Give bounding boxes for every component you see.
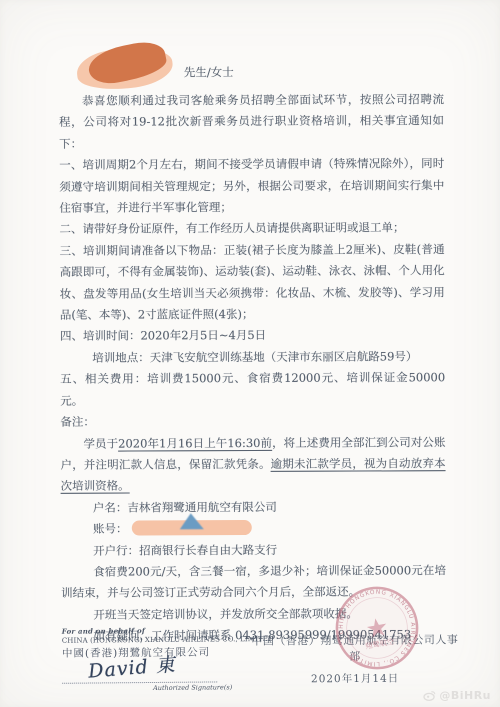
handwritten-signature: David 東 [87, 650, 176, 684]
signature-caption: Authorized Signature(s) [62, 683, 242, 693]
document-content: 先生/女士 恭喜您顺利通过我司客舱乘务员招聘全部面试环节，按照公司招聘流程，公司… [59, 43, 447, 647]
paragraph-item-1: 一、培训周期2个月左右，期间不接受学员请假申请（特殊情况除外），同时须遵守培训期… [59, 153, 444, 219]
paragraph-fees-note: 食宿费200元/天，含三餐一宿，多退少补；培训保证金50000元在培训结束，并与… [61, 560, 446, 604]
underlined-text: 2020年1月16日上午16:30前 [118, 435, 272, 450]
paragraph-agreement-note: 开班当天签定培训协议，并发放所交全部款项收据。 [61, 603, 446, 626]
paragraph-item-4: 四、培训时间：2020年2月5日~4月5日 [60, 325, 445, 348]
signature-block: For and on behalf of CHINA (HONGKONG) XI… [62, 625, 243, 693]
watermark: @BiHRu [423, 689, 491, 702]
account-number-label: 账号： [93, 522, 128, 536]
name-redaction-dark [86, 38, 169, 88]
text-segment: 学员于 [83, 436, 118, 450]
paragraph-item-5: 五、相关费用：培训费15000元、食宿费12000元、培训保证金50000元。 [60, 367, 445, 411]
paragraph-notes-label: 备注： [60, 410, 445, 433]
paragraph-item-3: 三、培训期间请准备以下物品：正装(裙子长度为膝盖上2厘米)、皮鞋(普通高跟即可，… [60, 239, 445, 326]
paragraph-item-2: 二、请带好身份证原件，有工作经历人员请提供离职证明或退工单； [59, 218, 444, 241]
document-body: 恭喜您顺利通过我司客舱乘务员招聘全部面试环节，按照公司招聘流程，公司将对19-1… [59, 89, 446, 647]
blue-mark-icon [179, 513, 203, 529]
name-redaction-light [75, 43, 175, 93]
document-page: 先生/女士 恭喜您顺利通过我司客舱乘务员招聘全部面试环节，按照公司招聘流程，公司… [0, 0, 500, 707]
paragraph-account-number: 账号： [61, 517, 446, 540]
on-behalf-line: For and on behalf of [62, 625, 242, 636]
weibo-icon [423, 690, 436, 701]
paragraph-bank: 开户行：招商银行长春自由大路支行 [61, 539, 446, 562]
salutation-suffix: 先生/女士 [184, 62, 234, 84]
salutation-row: 先生/女士 [59, 43, 444, 91]
company-name-english: CHINA (HONGKONG) XIANGLU AIRLINES CO., L… [62, 635, 242, 645]
watermark-text: @BiHRu [439, 689, 491, 702]
signature-line: David 東 [62, 659, 217, 683]
paragraph-notes: 学员于2020年1月16日上午16:30前，将上述费用全部汇到公司对公账户，并注… [60, 432, 445, 498]
paragraph-location: 培训地点：天津飞安航空训练基地（天津市东丽区启航路59号） [60, 346, 445, 369]
paragraph-account-name: 户名：吉林省翔鹭通用航空有限公司 [61, 496, 446, 519]
issue-date: 2020年1月14日 [248, 670, 462, 686]
account-number-redaction [131, 520, 251, 536]
issuer-department: 中国（香港）翔鹭通用航空有限公司人事部 [248, 631, 462, 664]
issuer-block: 中国（香港）翔鹭通用航空有限公司人事部 2020年1月14日 [248, 631, 462, 686]
paragraph-intro: 恭喜您顺利通过我司客舱乘务员招聘全部面试环节，按照公司招聘流程，公司将对19-1… [59, 89, 444, 155]
